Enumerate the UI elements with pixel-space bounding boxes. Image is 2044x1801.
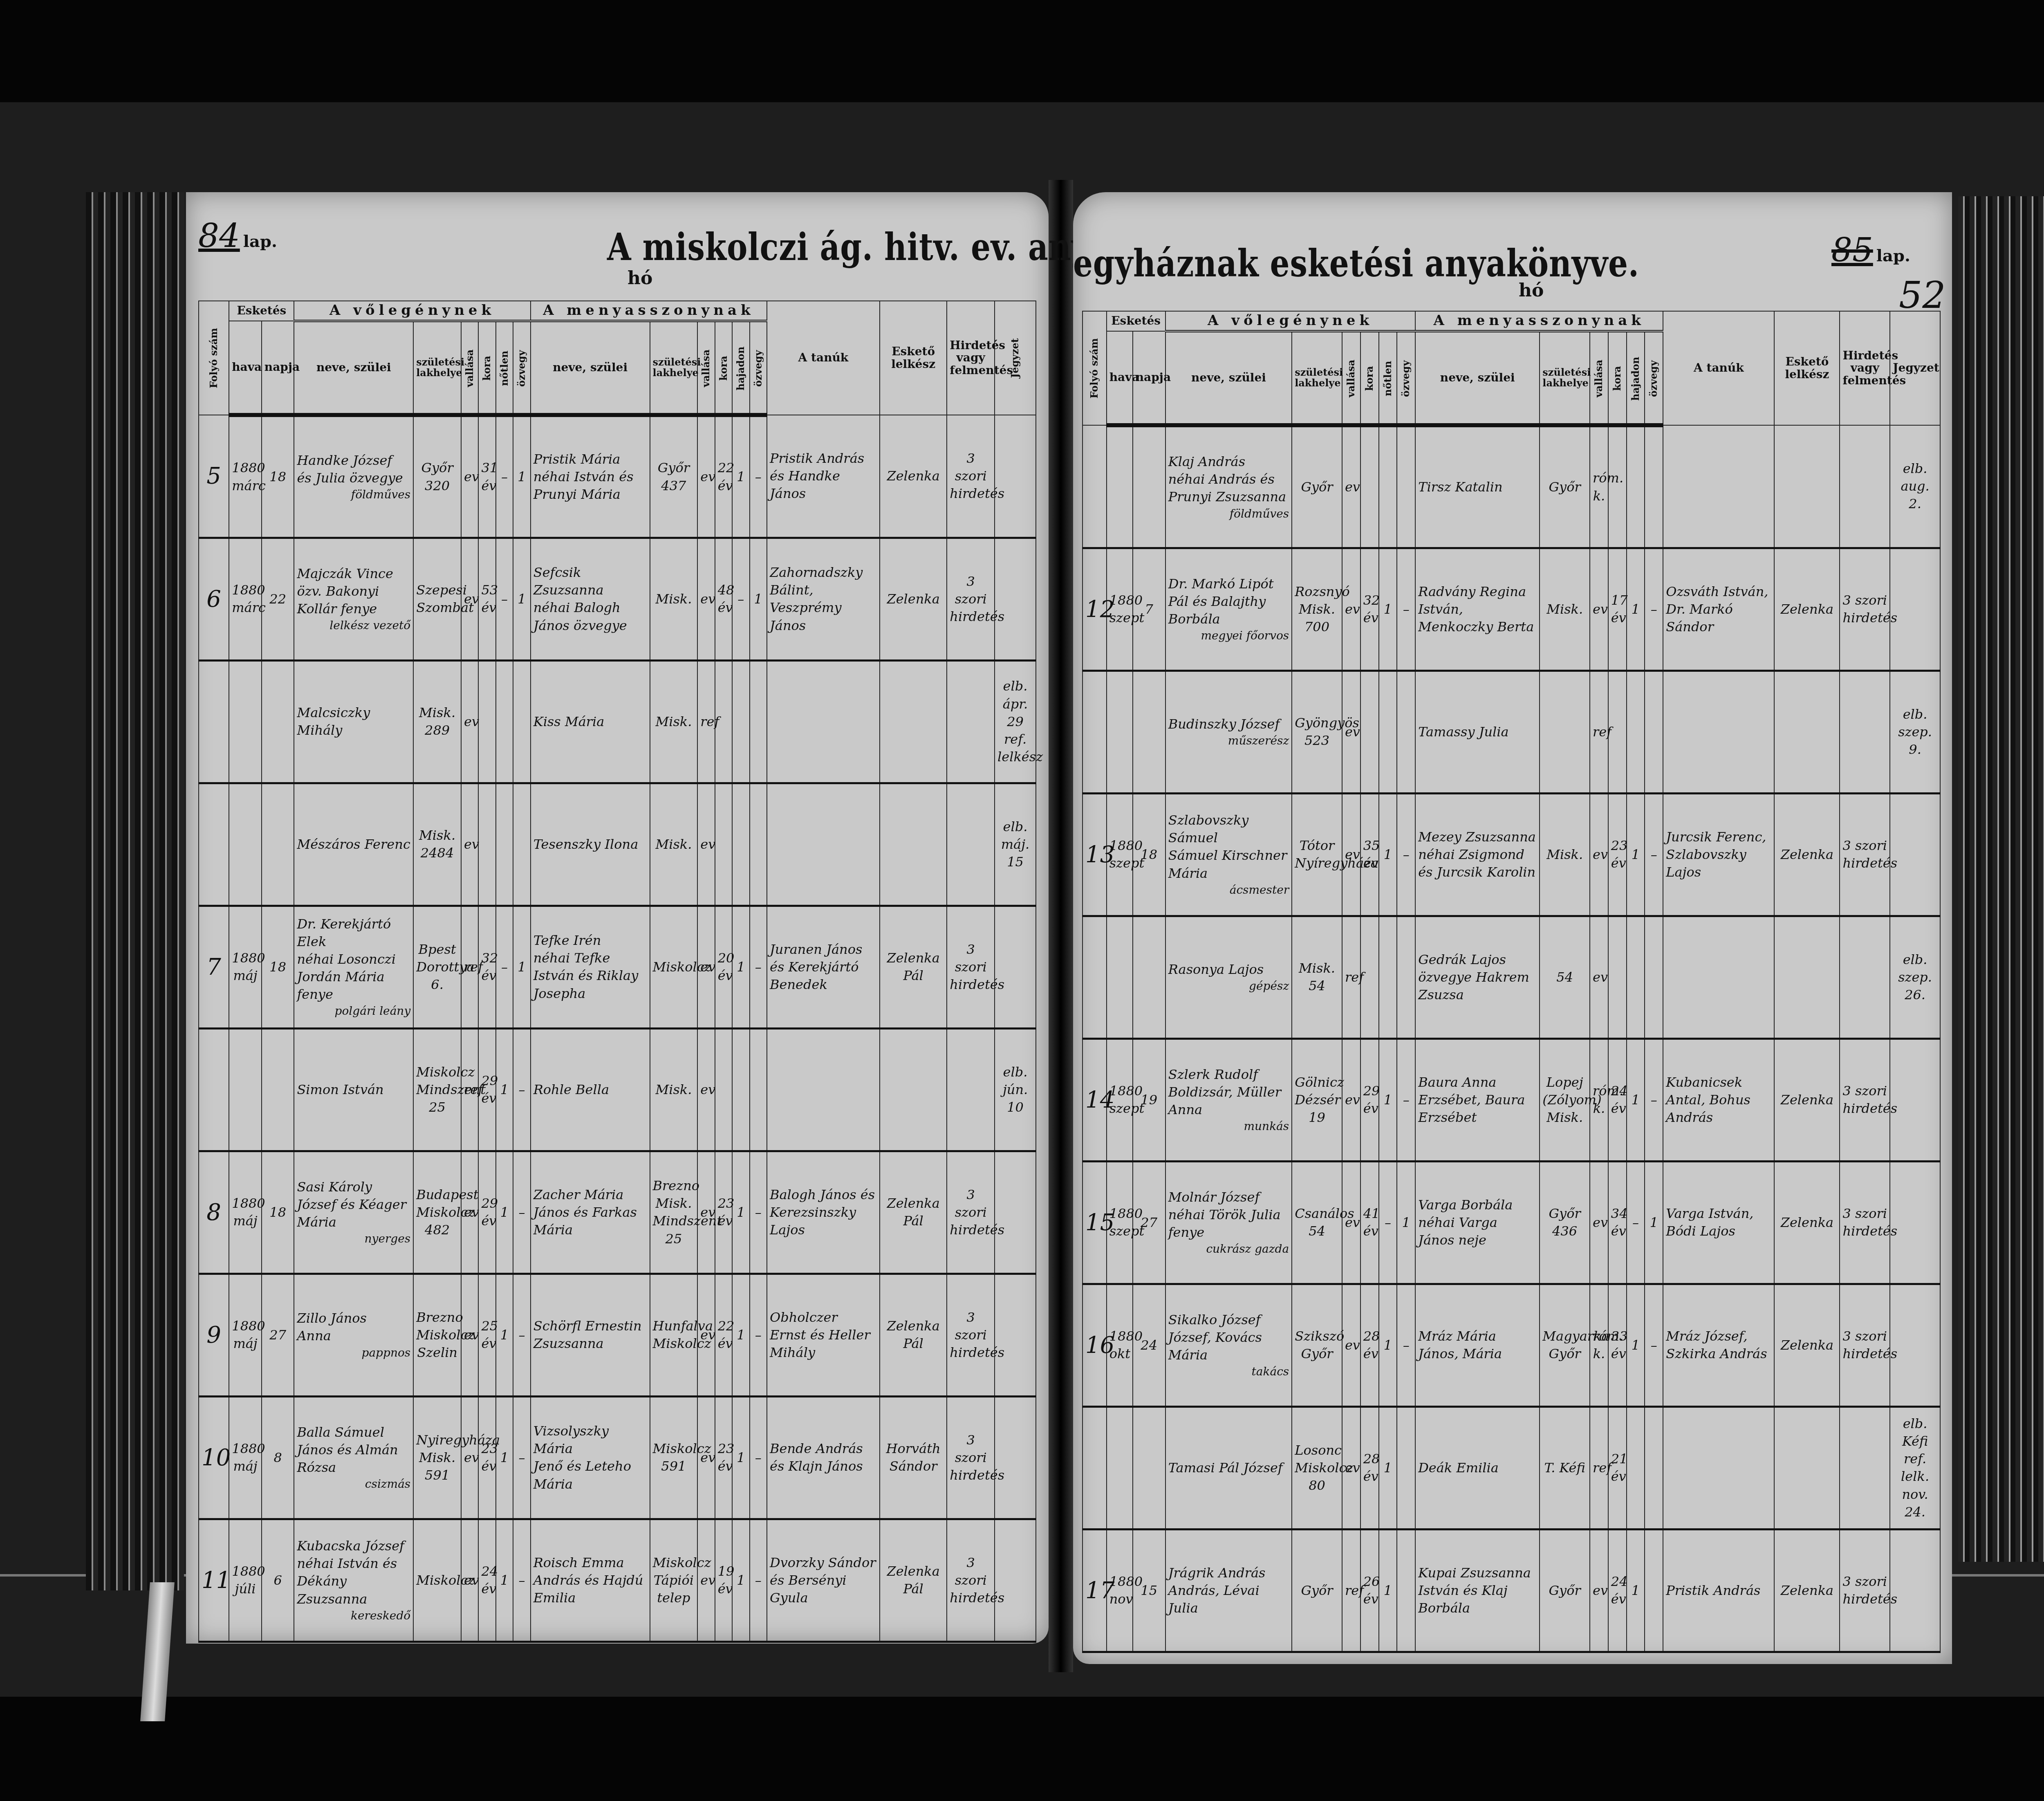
groom-name-text: Budinszky József: [1168, 716, 1280, 732]
groom-age: 31 év: [478, 415, 495, 538]
col-jegyzet: Jegyzet: [995, 301, 1036, 415]
marriage-year: 1880: [232, 1318, 265, 1334]
groom-birthplace: Budapest Miskolcz 482: [413, 1151, 461, 1274]
groom-name: Simon István: [294, 1028, 413, 1151]
bride-parents: István és Klaj Borbála: [1418, 1583, 1508, 1616]
bride-birthplace: Misk.: [650, 660, 698, 783]
bride-birthplace: Miskolcz Tápiói telep: [650, 1519, 698, 1642]
groom-age: [478, 783, 495, 906]
marriage-month-text: márc: [232, 478, 266, 493]
col-bride-place: születési lakhelye: [1540, 331, 1590, 425]
note: [995, 906, 1036, 1028]
groom-name: Majczák Vinceözv. Bakonyi Kollár fenyele…: [294, 538, 413, 660]
groom-widowed: –: [513, 1151, 530, 1274]
bride-religion: ev: [697, 1396, 715, 1519]
witnesses: [767, 1028, 880, 1151]
banns: [1840, 671, 1890, 793]
witnesses: Jurcsik Ferenc, Szlabovszky Lajos: [1663, 793, 1774, 916]
groom-religion: ev: [1342, 1406, 1360, 1529]
groom-name-text: Sasi Károly: [297, 1179, 372, 1195]
bride-widowed: –: [1645, 548, 1663, 671]
note: elb. ápr. 29 ref. lelkész: [995, 660, 1036, 783]
groom-name: Tamasi Pál József: [1165, 1406, 1292, 1529]
marriage-day: [262, 660, 294, 783]
note: elb. aug. 2.: [1890, 425, 1940, 548]
col-groom-religion: vallása: [461, 321, 478, 415]
bride-name-text: Baura Anna: [1418, 1074, 1496, 1090]
bride-name-text: Deák Emilia: [1418, 1460, 1499, 1476]
register-row: Rasonya LajosgépészMisk. 54refGedrák Laj…: [1083, 916, 1940, 1038]
groom-widowed: [513, 660, 530, 783]
col-bride-name: neve, szülei: [531, 321, 650, 415]
groom-single: 1: [496, 1519, 513, 1642]
groom-birthplace: Misk. 289: [413, 660, 461, 783]
bride-single: 1: [732, 415, 749, 538]
bride-religion: róm. k.: [1590, 425, 1608, 548]
groom-name: Molnár Józsefnéhai Török Julia fenyecukr…: [1165, 1161, 1292, 1284]
bride-name-text: Radvány Regina: [1418, 584, 1526, 599]
bride-single: 1: [1627, 793, 1645, 916]
groom-religion: ev: [1342, 793, 1360, 916]
note: [1890, 1284, 1940, 1406]
register-row: 161880okt24Sikalko JózsefJózsef, Kovács …: [1083, 1284, 1940, 1406]
register-rows-left: 51880márc18Handke Józsefés Julia özvegye…: [199, 415, 1036, 1642]
banns: 3 szori hirdetés: [947, 415, 995, 538]
bride-name-text: Tamassy Julia: [1418, 724, 1508, 740]
groom-birthplace: Szepesi Szombat: [413, 538, 461, 660]
bride-name: Tamassy Julia: [1415, 671, 1540, 793]
note: [1890, 1161, 1940, 1284]
note: elb. Kéfi ref. lelk. nov. 24.: [1890, 1406, 1940, 1529]
bride-single: –: [1627, 1161, 1645, 1284]
marriage-year: 1880: [232, 1563, 265, 1579]
bride-birthplace: [1540, 671, 1590, 793]
bride-name: Varga Borbálanéhai Varga János neje: [1415, 1161, 1540, 1284]
groom-name: Budinszky Józsefműszerész: [1165, 671, 1292, 793]
groom-birthplace: Győr: [1292, 1529, 1342, 1652]
bride-name: Vizsolyszky MáriaJenő és Leteho Mária: [531, 1396, 650, 1519]
bride-name-text: Kiss Mária: [533, 714, 605, 729]
register-row: Budinszky JózsefműszerészGyöngyös 523evT…: [1083, 671, 1940, 793]
bride-single: 1: [732, 1519, 749, 1642]
banns: 3 szori hirdetés: [1840, 1161, 1890, 1284]
bride-single: 1: [732, 1274, 749, 1396]
marriage-year: 1880: [232, 1195, 265, 1211]
marriage-year: 1880: [1109, 1206, 1143, 1221]
groom-occupation: gépész: [1168, 978, 1289, 994]
marriage-month-text: szept: [1109, 1101, 1145, 1116]
groom-name-text: Molnár József: [1168, 1189, 1260, 1205]
marriage-month-text: júli: [235, 1581, 256, 1597]
banns: 3 szori hirdetés: [947, 1151, 995, 1274]
bride-age: 17 év: [1608, 548, 1627, 671]
marriage-month-text: szept: [1109, 1223, 1145, 1239]
col-groom-place: születési lakhelye: [1292, 331, 1342, 425]
marriage-year: 1880: [232, 1441, 265, 1456]
entry-number: [199, 1028, 229, 1151]
groom-age: 23 év: [478, 1396, 495, 1519]
marriage-day: 22: [262, 538, 294, 660]
groom-widowed: –: [1397, 1038, 1415, 1161]
bride-name: Radvány ReginaIstván, Menkoczky Berta: [1415, 548, 1540, 671]
bride-name: Pristik Márianéhai István és Prunyi Mári…: [531, 415, 650, 538]
groom-name-text: Simon István: [297, 1082, 383, 1097]
marriage-month-text: márc: [232, 600, 266, 615]
left-page-number: 84lap.: [198, 217, 277, 255]
entry-number: [1083, 1406, 1107, 1529]
groom-parents: Sámuel Kirschner Mária: [1168, 848, 1287, 881]
marriage-day: [1133, 425, 1165, 548]
note: [995, 1519, 1036, 1642]
bride-single: [1627, 671, 1645, 793]
bride-parents: János, Mária: [1418, 1346, 1502, 1361]
bride-birthplace: Misk.: [1540, 793, 1590, 916]
groom-name-text: Szlerk Rudolf: [1168, 1067, 1258, 1082]
groom-name: Sasi KárolyJózsef és Kéager Márianyerges: [294, 1151, 413, 1274]
marriage-month-text: szept: [1109, 855, 1145, 871]
groom-name: Dr. Kerekjártó Eleknéhai Losonczi Jordán…: [294, 906, 413, 1028]
banns: [1840, 916, 1890, 1038]
groom-age: [1360, 671, 1379, 793]
marriage-month-text: okt: [1109, 1346, 1131, 1361]
groom-religion: ev: [461, 1519, 478, 1642]
groom-parents: János és Almán Rózsa: [297, 1442, 398, 1475]
marriage-month-text: máj: [233, 968, 257, 983]
marriage-month: [1107, 671, 1133, 793]
marriage-year: 1880: [232, 582, 265, 598]
note: [1890, 1529, 1940, 1652]
groom-name-text: Majczák Vince: [297, 566, 393, 581]
register-row: Mészáros FerencMisk. 2484evTesenszky Ilo…: [199, 783, 1036, 906]
bride-religion: ev: [1590, 1529, 1608, 1652]
marriage-month: 1880márc: [229, 538, 262, 660]
col-bride-widow: özvegy: [750, 321, 767, 415]
month-label: hó: [628, 268, 652, 289]
officiating-priest: Zelenka: [1774, 1038, 1840, 1161]
marriage-month: 1880okt: [1107, 1284, 1133, 1406]
banns: 3 szori hirdetés: [947, 1519, 995, 1642]
marriage-month: 1880júli: [229, 1519, 262, 1642]
groom-name-text: Handke József: [297, 453, 392, 468]
note: [1890, 793, 1940, 916]
groom-name-text: Sikalko József: [1168, 1312, 1261, 1328]
note: [1890, 548, 1940, 671]
bride-widowed: [1645, 1529, 1663, 1652]
bride-parents: Erzsébet, Baura Erzsébet: [1418, 1092, 1525, 1125]
bride-name-text: Gedrák Lajos: [1418, 952, 1506, 967]
register-row: Malcsiczky MihályMisk. 289evKiss MáriaMi…: [199, 660, 1036, 783]
groom-occupation: csizmás: [297, 1476, 410, 1492]
groom-birthplace: Miskolcz Mindszent 25: [413, 1028, 461, 1151]
bride-single: 1: [732, 1151, 749, 1274]
witnesses: Juranen János és Kerekjártó Benedek: [767, 906, 880, 1028]
bride-birthplace: Misk.: [650, 783, 698, 906]
groom-widowed: [1397, 425, 1415, 548]
banns: 3 szori hirdetés: [1840, 1284, 1890, 1406]
col-group-menyasszony: A menyasszonynak: [1415, 311, 1663, 331]
groom-religion: ev: [461, 1396, 478, 1519]
marriage-year: 1880: [232, 950, 265, 966]
col-hava: hava: [229, 321, 262, 415]
note: elb. szep. 9.: [1890, 671, 1940, 793]
bride-religion: ref: [1590, 1406, 1608, 1529]
marriage-month: 1880szept: [1107, 1161, 1133, 1284]
groom-occupation: földműves: [297, 487, 410, 502]
marriage-year: 1880: [1109, 838, 1143, 853]
banns: 3 szori hirdetés: [947, 538, 995, 660]
groom-single: 1: [496, 1396, 513, 1519]
groom-parents: Boldizsár, Müller Anna: [1168, 1084, 1281, 1117]
groom-occupation: munkás: [1168, 1119, 1289, 1134]
groom-religion: ref: [1342, 916, 1360, 1038]
col-groom-name: neve, szülei: [294, 321, 413, 415]
bride-religion: ev: [697, 415, 715, 538]
groom-parents: özv. Bakonyi Kollár fenye: [297, 583, 379, 617]
groom-parents: József és Kéager Mária: [297, 1197, 406, 1230]
groom-parents: András, Lévai Julia: [1168, 1583, 1260, 1616]
bride-single: 1: [732, 1396, 749, 1519]
entry-number: [199, 660, 229, 783]
bride-name: Zacher MáriaJános és Farkas Mária: [531, 1151, 650, 1274]
groom-religion: ev: [461, 1151, 478, 1274]
groom-birthplace: Győr 320: [413, 415, 461, 538]
bride-religion: róm. k.: [1590, 1284, 1608, 1406]
groom-name: Sikalko JózsefJózsef, Kovács Máriatakács: [1165, 1284, 1292, 1406]
groom-occupation: műszerész: [1168, 733, 1289, 749]
bride-birthplace: Hunfalva Miskolcz: [650, 1274, 698, 1396]
entry-number: 5: [199, 415, 229, 538]
groom-name: Jrágrik AndrásAndrás, Lévai Julia: [1165, 1529, 1292, 1652]
register-row: 121880szept7Dr. Markó LipótPál és Balajt…: [1083, 548, 1940, 671]
bride-single: [732, 783, 749, 906]
entry-number: 10: [199, 1396, 229, 1519]
groom-birthplace: Rozsnyó Misk. 700: [1292, 548, 1342, 671]
groom-age: 26 év: [1360, 1529, 1379, 1652]
bride-birthplace: Miskolcz 591: [650, 1396, 698, 1519]
bride-religion: ev: [697, 1151, 715, 1274]
banns: [947, 1028, 995, 1151]
bride-religion: ev: [697, 1519, 715, 1642]
bride-name-text: Schörfl Ernestin: [533, 1318, 642, 1334]
register-row: 151880szept27Molnár Józsefnéhai Török Ju…: [1083, 1161, 1940, 1284]
register-row: 171880nov15Jrágrik AndrásAndrás, Lévai J…: [1083, 1529, 1940, 1652]
groom-single: 1: [496, 1274, 513, 1396]
register-table-right: Folyó szám Esketés A vőlegénynek A menya…: [1082, 311, 1941, 1653]
bride-name: Tesenszky Ilona: [531, 783, 650, 906]
col-bride-widow: özvegy: [1645, 331, 1663, 425]
witnesses: [767, 783, 880, 906]
bride-age: 33 év: [1608, 1284, 1627, 1406]
bride-name: Kiss Mária: [531, 660, 650, 783]
entry-number: [199, 783, 229, 906]
note: [995, 538, 1036, 660]
witnesses: Dvorzky Sándor és Bersényi Gyula: [767, 1519, 880, 1642]
groom-parents: néhai András és Prunyi Zsuzsanna: [1168, 471, 1286, 505]
month-label: hó: [1519, 280, 1544, 301]
bride-single: [732, 1028, 749, 1151]
groom-single: 1: [1379, 1038, 1397, 1161]
banns: [1840, 425, 1890, 548]
bride-name-text: Vizsolyszky Mária: [533, 1423, 609, 1456]
col-groom-age: kora: [478, 321, 495, 415]
note: elb. jún. 10: [995, 1028, 1036, 1151]
marriage-month: [229, 1028, 262, 1151]
marriage-day: 15: [1133, 1529, 1165, 1652]
groom-name: Dr. Markó LipótPál és Balajthy Borbálame…: [1165, 548, 1292, 671]
bride-name: Kupai ZsuzsannaIstván és Klaj Borbála: [1415, 1529, 1540, 1652]
officiating-priest: [1774, 425, 1840, 548]
groom-name: Kubacska Józsefnéhai István és Dékány Zs…: [294, 1519, 413, 1642]
col-hirdetes: Hirdetés vagy felmentés: [947, 301, 995, 415]
col-bride-religion: vallása: [697, 321, 715, 415]
note: [1890, 1038, 1940, 1161]
marriage-day: 18: [262, 906, 294, 1028]
register-row: 61880márc22Majczák Vinceözv. Bakonyi Kol…: [199, 538, 1036, 660]
col-folyo-szam: Folyó szám: [1083, 311, 1107, 425]
col-eskets: Esketés: [1107, 311, 1165, 331]
bride-birthplace: Misk.: [1540, 548, 1590, 671]
groom-religion: ev: [1342, 1038, 1360, 1161]
bride-age: 23 év: [1608, 793, 1627, 916]
col-hava: hava: [1107, 331, 1133, 425]
groom-name-text: Mészáros Ferenc: [297, 837, 410, 852]
bride-birthplace: Győr: [1540, 1529, 1590, 1652]
entry-number: [1083, 425, 1107, 548]
groom-age: 29 év: [478, 1151, 495, 1274]
banns: 3 szori hirdetés: [947, 1396, 995, 1519]
bride-name: Rohle Bella: [531, 1028, 650, 1151]
groom-name-text: Balla Sámuel: [297, 1424, 384, 1440]
groom-age: [478, 660, 495, 783]
marriage-month-text: máj: [233, 1458, 257, 1474]
bride-single: [1627, 1406, 1645, 1529]
officiating-priest: [1774, 671, 1840, 793]
bride-widowed: [1645, 671, 1663, 793]
marriage-year: 1880: [1109, 1574, 1143, 1589]
col-groom-place: születési lakhelye: [413, 321, 461, 415]
marriage-day: [1133, 671, 1165, 793]
officiating-priest: Horváth Sándor: [880, 1396, 947, 1519]
col-groom-religion: vallása: [1342, 331, 1360, 425]
bride-parents: néhai István és Prunyi Mária: [533, 469, 634, 502]
bride-age: 19 év: [715, 1519, 732, 1642]
officiating-priest: Zelenka: [1774, 793, 1840, 916]
entry-number: 8: [199, 1151, 229, 1274]
groom-birthplace: Brezno Miskolcz Szelin: [413, 1274, 461, 1396]
bride-birthplace: Brezno Misk. Mindszent 25: [650, 1151, 698, 1274]
register-row: 131880szept18Szlabovszky SámuelSámuel Ki…: [1083, 793, 1940, 916]
right-page-title: egyháznak esketési anyakönyve.: [1073, 241, 1639, 285]
bride-religion: ref: [697, 660, 715, 783]
groom-age: [1360, 425, 1379, 548]
entry-number: [1083, 671, 1107, 793]
witnesses: Kubanicsek Antal, Bohus András: [1663, 1038, 1774, 1161]
groom-single: [1379, 671, 1397, 793]
groom-name: Balla SámuelJános és Almán Rózsacsizmás: [294, 1396, 413, 1519]
groom-widowed: [1397, 1406, 1415, 1529]
marriage-day: 18: [262, 1151, 294, 1274]
groom-parents: néhai Török Julia fenye: [1168, 1207, 1281, 1240]
register-row: 141880szept19Szlerk RudolfBoldizsár, Mül…: [1083, 1038, 1940, 1161]
witnesses: Pristik András és Handke János: [767, 415, 880, 538]
marriage-month: 1880márc: [229, 415, 262, 538]
groom-age: 24 év: [478, 1519, 495, 1642]
groom-widowed: –: [513, 1028, 530, 1151]
bride-widowed: –: [750, 1396, 767, 1519]
bride-parents: Zsuzsanna: [533, 1336, 604, 1351]
col-tanuk: A tanúk: [1663, 311, 1774, 425]
groom-birthplace: Gyöngyös 523: [1292, 671, 1342, 793]
groom-religion: ev: [461, 538, 478, 660]
bride-birthplace: Győr 436: [1540, 1161, 1590, 1284]
bride-age: [1608, 916, 1627, 1038]
officiating-priest: Zelenka Pál: [880, 906, 947, 1028]
groom-single: –: [496, 538, 513, 660]
banns: 3 szori hirdetés: [1840, 1038, 1890, 1161]
groom-religion: ev: [1342, 671, 1360, 793]
bride-age: 48 év: [715, 538, 732, 660]
groom-religion: ev: [461, 415, 478, 538]
bride-age: 24 év: [1608, 1038, 1627, 1161]
page-number-suffix: lap.: [243, 232, 277, 251]
bride-single: 1: [1627, 1038, 1645, 1161]
bride-widowed: 1: [750, 538, 767, 660]
witnesses: Mráz József, Szkirka András: [1663, 1284, 1774, 1406]
officiating-priest: [1774, 916, 1840, 1038]
bride-name-text: Mezey Zsuzsanna: [1418, 829, 1536, 845]
bride-widowed: –: [1645, 1038, 1663, 1161]
marriage-day: 8: [262, 1396, 294, 1519]
col-groom-single: nőtlen: [1379, 331, 1397, 425]
bride-name: Mráz MáriaJános, Mária: [1415, 1284, 1540, 1406]
left-page: 84lap. A miskolczi ág. hitv. ev. anya- h…: [186, 192, 1049, 1644]
banns: 3 szori hirdetés: [947, 906, 995, 1028]
entry-number: 17: [1083, 1529, 1107, 1652]
marriage-month: 1880máj: [229, 906, 262, 1028]
entry-number: [1083, 916, 1107, 1038]
witnesses: Zahornadszky Bálint, Veszprémy János: [767, 538, 880, 660]
entry-number: 12: [1083, 548, 1107, 671]
col-groom-single: nőtlen: [496, 321, 513, 415]
bride-name: Deák Emilia: [1415, 1406, 1540, 1529]
page-edges-left: [86, 192, 184, 1590]
bride-age: 22 év: [715, 1274, 732, 1396]
groom-name-text: Kubacska József: [297, 1538, 404, 1554]
bride-parents: András és Hajdú Emilia: [533, 1572, 643, 1606]
bride-name-text: Tesenszky Ilona: [533, 837, 639, 852]
groom-occupation: ácsmester: [1168, 882, 1289, 898]
groom-name-text: Dr. Kerekjártó Elek: [297, 916, 391, 949]
bride-birthplace: Győr 437: [650, 415, 698, 538]
marriage-day: 7: [1133, 548, 1165, 671]
bride-single: [1627, 425, 1645, 548]
marriage-month-text: nov: [1109, 1591, 1133, 1607]
bride-birthplace: Lopej (Zólyom) Misk.: [1540, 1038, 1590, 1161]
page-number-value: 85: [1831, 231, 1873, 269]
bride-age: [715, 1028, 732, 1151]
banns: 3 szori hirdetés: [1840, 793, 1890, 916]
witnesses: Obholczer Ernst és Heller Mihály: [767, 1274, 880, 1396]
entry-number: 6: [199, 538, 229, 660]
col-group-menyasszony: A menyasszonynak: [531, 301, 767, 321]
register-row: 71880máj18Dr. Kerekjártó Eleknéhai Loson…: [199, 906, 1036, 1028]
groom-single: [496, 783, 513, 906]
register-row: 91880máj27Zillo JánosAnnapappnosBrezno M…: [199, 1274, 1036, 1396]
witnesses: [1663, 671, 1774, 793]
bride-single: [732, 660, 749, 783]
bride-birthplace: Misk.: [650, 1028, 698, 1151]
bride-name-text: Varga Borbála: [1418, 1197, 1513, 1213]
